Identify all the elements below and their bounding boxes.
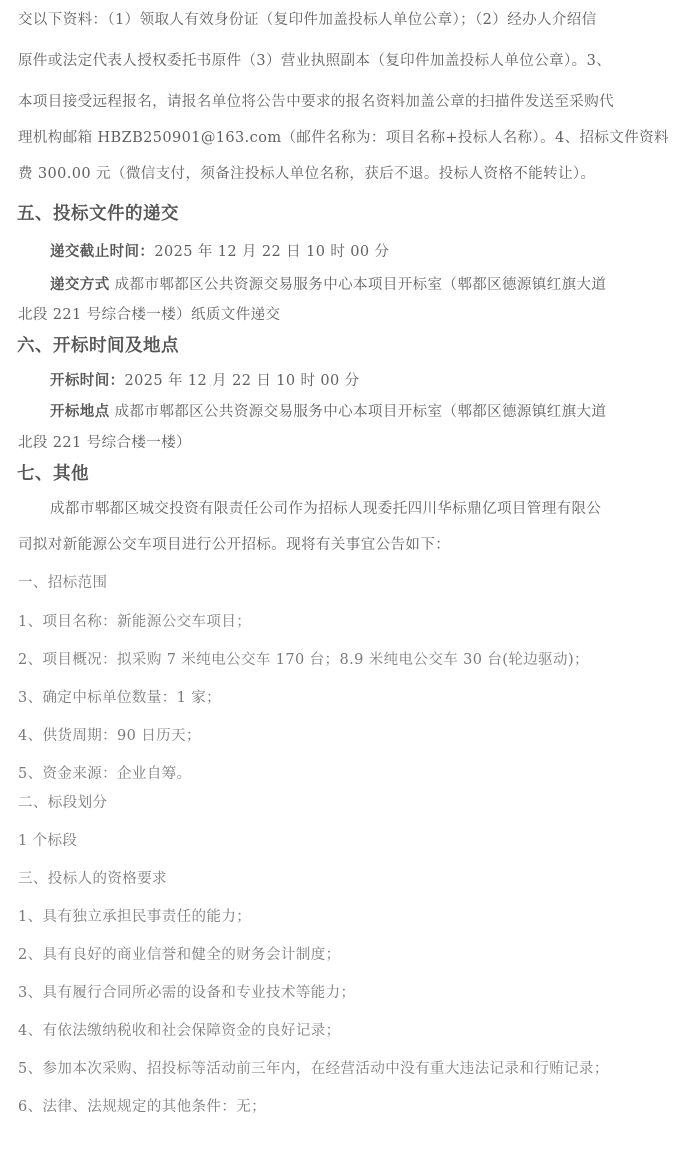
opening-time: 开标时间：2025 年 12 月 22 日 10 时 00 分 [50,369,360,390]
section-7-heading: 七、其他 [17,460,89,485]
lots-heading: 二、标段划分 [18,791,107,812]
qualification-item-5: 5、参加本次采购、招投标等活动前三年内，在经营活动中没有重大违法记录和行贿记录； [18,1057,609,1078]
submission-method-value: 成都市郫都区公共资源交易服务中心本项目开标室（郫都区德源镇红旗大道 [115,277,607,293]
scope-item-1: 1、项目名称：新能源公交车项目； [18,610,251,631]
intro-line-1: 交以下资料：（1）领取人有效身份证（复印件加盖投标人单位公章）；（2）经办人介绍… [18,8,597,29]
lots-value: 1 个标段 [18,829,77,850]
section-5-heading: 五、投标文件的递交 [17,200,179,225]
intro-line-2: 原件或法定代表人授权委托书原件（3）营业执照副本（复印件加盖投标人单位公章）。3… [18,49,611,70]
submission-deadline-label: 递交截止时间： [50,244,154,260]
section-6-heading: 六、开标时间及地点 [17,332,179,357]
document-page: 交以下资料：（1）领取人有效身份证（复印件加盖投标人单位公章）；（2）经办人介绍… [0,0,700,1156]
other-para-line-2: 司拟对新能源公交车项目进行公开招标。现将有关事宜公告如下： [18,533,450,554]
qualification-item-6: 6、法律、法规规定的其他条件：无； [18,1095,266,1116]
submission-deadline: 递交截止时间：2025 年 12 月 22 日 10 时 00 分 [50,240,389,261]
scope-item-2: 2、项目概况：拟采购 7 米纯电公交车 170 台；8.9 米纯电公交车 30 … [18,648,589,669]
opening-place-value: 成都市郫都区公共资源交易服务中心本项目开标室（郫都区德源镇红旗大道 [115,404,607,420]
scope-item-4: 4、供货周期：90 日历天； [18,724,201,745]
qualification-item-4: 4、有依法缴纳税收和社会保障资金的良好记录； [18,1019,341,1040]
opening-time-value: 2025 年 12 月 22 日 10 时 00 分 [125,373,360,389]
qualification-item-2: 2、具有良好的商业信誉和健全的财务会计制度； [18,943,341,964]
intro-line-5: 费 300.00 元（微信支付，须备注投标人单位名称，获后不退。投标人资格不能转… [18,162,595,183]
submission-method-label: 递交方式 [50,277,110,293]
submission-method-cont: 北段 221 号综合楼一楼）纸质文件递交 [18,303,280,324]
qualification-heading: 三、投标人的资格要求 [18,867,167,888]
scope-item-5: 5、资金来源：企业自筹。 [18,762,192,783]
intro-line-3: 本项目接受远程报名，请报名单位将公告中要求的报名资料加盖公章的扫描件发送至采购代 [18,90,614,111]
opening-place-cont: 北段 221 号综合楼一楼） [18,431,191,452]
intro-line-4: 理机构邮箱 HBZB250901@163.com（邮件名称为：项目名称+投标人名… [18,126,669,147]
opening-place-label: 开标地点 [50,404,110,420]
qualification-item-1: 1、具有独立承担民事责任的能力； [18,905,251,926]
scope-item-3: 3、确定中标单位数量：1 家； [18,686,221,707]
other-para-line-1: 成都市郫都区城交投资有限责任公司作为招标人现委托四川华标鼎亿项目管理有限公 [50,497,601,518]
submission-deadline-value: 2025 年 12 月 22 日 10 时 00 分 [154,244,389,260]
qualification-item-3: 3、具有履行合同所必需的设备和专业技术等能力； [18,981,355,1002]
submission-method: 递交方式 成都市郫都区公共资源交易服务中心本项目开标室（郫都区德源镇红旗大道 [50,273,606,294]
opening-place: 开标地点 成都市郫都区公共资源交易服务中心本项目开标室（郫都区德源镇红旗大道 [50,400,606,421]
opening-time-label: 开标时间： [50,373,125,389]
scope-heading: 一、招标范围 [18,571,107,592]
